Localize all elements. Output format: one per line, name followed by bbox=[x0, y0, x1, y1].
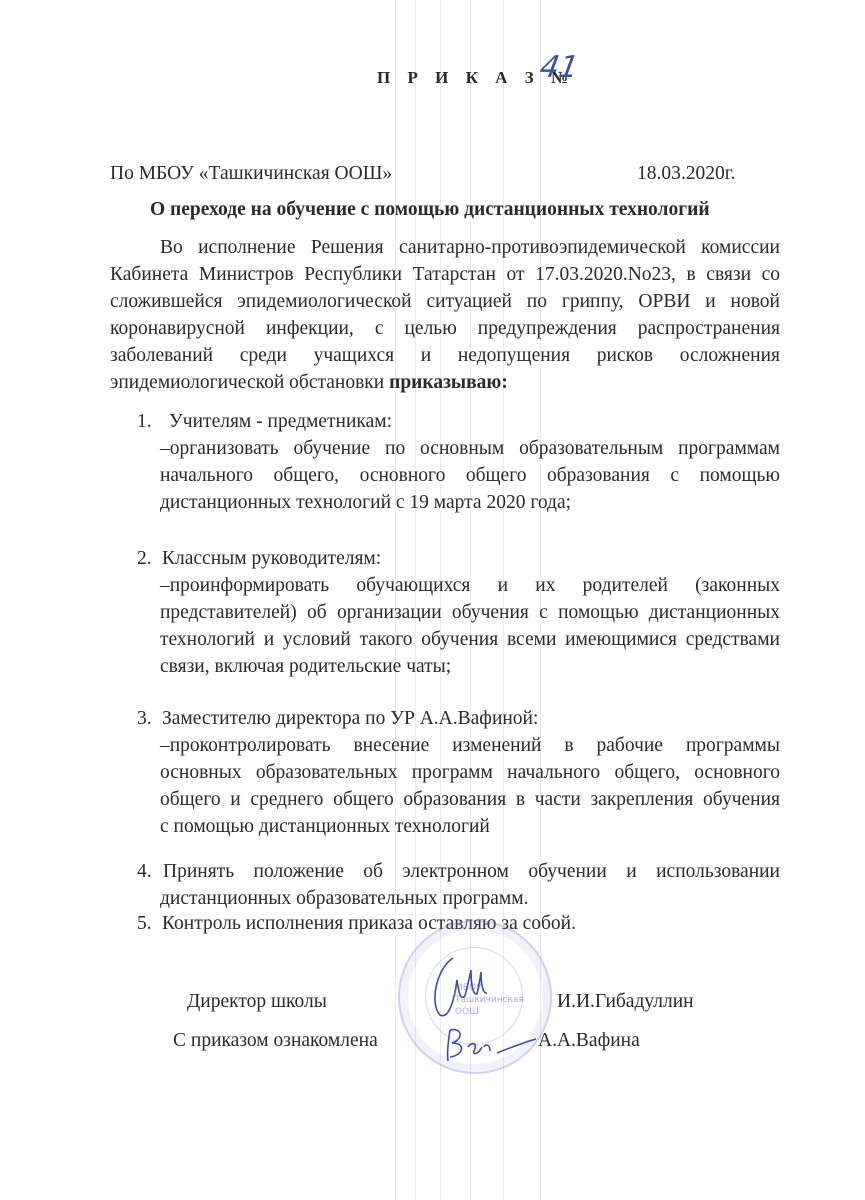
item-line: дистанционных образовательных программ. bbox=[160, 885, 528, 912]
order-subject: О переходе на обучение с помощью дистанц… bbox=[150, 196, 710, 223]
preamble-line: коронавирусной инфекции, с целью предупр… bbox=[110, 315, 780, 342]
item-number: 1. bbox=[137, 408, 152, 435]
item-number: 4. bbox=[137, 858, 152, 885]
director-label: Директор школы bbox=[187, 988, 327, 1015]
item-line: основных образовательных программ началь… bbox=[160, 759, 780, 786]
acknowledgement-signature-icon bbox=[442, 1025, 542, 1065]
item-line: дистанционных технологий с 19 марта 2020… bbox=[160, 489, 571, 516]
item-line: технологий и условий такого обучения все… bbox=[160, 626, 780, 653]
preamble-last-line: эпидемиологической обстановки приказываю… bbox=[110, 369, 508, 396]
item-line: –проконтролировать внесение изменений в … bbox=[160, 732, 780, 759]
acknowledged-name: А.А.Вафина bbox=[538, 1027, 640, 1054]
preamble-line: Кабинета Министров Республики Татарстан … bbox=[110, 261, 780, 288]
preamble-line: сложившейся эпидемиологической ситуацией… bbox=[110, 288, 780, 315]
item-line: –организовать обучение по основным образ… bbox=[160, 435, 780, 462]
item-heading: Классным руководителям: bbox=[162, 545, 381, 572]
item-line: –проинформировать обучающихся и их родит… bbox=[160, 572, 780, 599]
preamble-line: заболеваний среди учащихся и недопущения… bbox=[110, 342, 780, 369]
item-line: с помощью дистанционных технологий bbox=[160, 813, 490, 840]
acknowledged-label: С приказом ознакомлена bbox=[173, 1027, 378, 1054]
order-directive: приказываю: bbox=[389, 372, 508, 393]
director-signature-icon bbox=[425, 950, 505, 1025]
item-number: 3. bbox=[137, 705, 152, 732]
item-line: представителей) об организации обучения … bbox=[160, 599, 780, 626]
preamble-text: эпидемиологической обстановки bbox=[110, 372, 384, 393]
item-number: 2. bbox=[137, 545, 152, 572]
item-line: связи, включая родительские чаты; bbox=[160, 653, 451, 680]
item-line: общего и среднего общего образования в ч… bbox=[160, 786, 780, 813]
preamble-line: Во исполнение Решения санитарно-противоэ… bbox=[160, 234, 780, 261]
item-heading: Учителям - предметникам: bbox=[169, 408, 392, 435]
item-line: начального общего, основного общего обра… bbox=[160, 462, 780, 489]
organization-name: По МБОУ «Ташкичинская ООШ» bbox=[110, 160, 392, 187]
item-heading: Принять положение об электронном обучени… bbox=[163, 858, 780, 885]
item-heading: Заместителю директора по УР А.А.Вафиной: bbox=[162, 705, 538, 732]
handwritten-order-number: 41 bbox=[537, 50, 581, 85]
director-name: И.И.Гибадуллин bbox=[557, 988, 694, 1015]
item-number: 5. bbox=[137, 910, 152, 937]
order-date: 18.03.2020г. bbox=[637, 160, 735, 187]
